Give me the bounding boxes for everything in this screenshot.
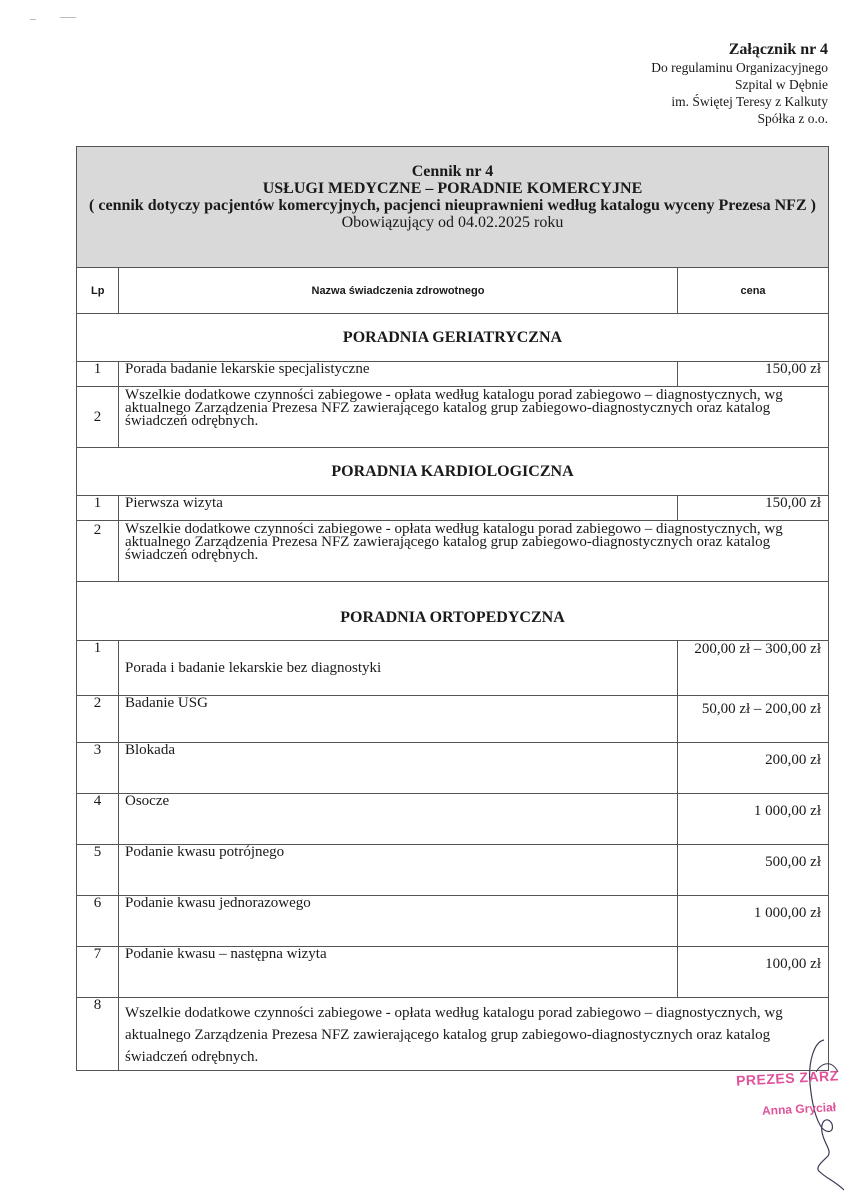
- effective-date: Obowiązujący od 04.02.2025 roku: [77, 214, 828, 231]
- scan-artifact: [30, 17, 80, 19]
- table-row: 8 Wszelkie dodatkowe czynności zabiegowe…: [77, 998, 829, 1071]
- section-title: PORADNIA GERIATRYCZNA: [77, 314, 829, 362]
- table-title: Cennik nr 4 USŁUGI MEDYCZNE – PORADNIE K…: [77, 147, 829, 268]
- row-price: 1 000,00 zł: [678, 794, 829, 845]
- row-name: Wszelkie dodatkowe czynności zabiegowe -…: [119, 998, 829, 1071]
- row-lp: 1: [77, 496, 119, 521]
- table-row: 2 Wszelkie dodatkowe czynności zabiegowe…: [77, 387, 829, 448]
- row-name: Podanie kwasu jednorazowego: [119, 896, 678, 947]
- row-price: 200,00 zł – 300,00 zł: [678, 641, 829, 696]
- row-lp: 8: [77, 998, 119, 1071]
- row-price: 150,00 zł: [678, 496, 829, 521]
- annex-line: im. Świętej Teresy z Kalkuty: [651, 93, 828, 110]
- row-name: Wszelkie dodatkowe czynności zabiegowe -…: [119, 387, 829, 448]
- price-list-subtitle: USŁUGI MEDYCZNE – PORADNIE KOMERCYJNE: [77, 180, 828, 197]
- column-header-price: cena: [678, 268, 829, 314]
- annex-line: Szpital w Dębnie: [651, 76, 828, 93]
- section-title: PORADNIA KARDIOLOGICZNA: [77, 448, 829, 496]
- annex-header: Załącznik nr 4 Do regulaminu Organizacyj…: [651, 40, 828, 127]
- row-name: Osocze: [119, 794, 678, 845]
- table-row: 6 Podanie kwasu jednorazowego 1 000,00 z…: [77, 896, 829, 947]
- table-row: 1 Porada badanie lekarskie specjalistycz…: [77, 362, 829, 387]
- annex-line: Spółka z o.o.: [651, 110, 828, 127]
- row-lp: 2: [77, 696, 119, 743]
- table-row: 2 Wszelkie dodatkowe czynności zabiegowe…: [77, 521, 829, 582]
- row-price: 50,00 zł – 200,00 zł: [678, 696, 829, 743]
- price-list-title: Cennik nr 4: [77, 163, 828, 180]
- table-row: 4 Osocze 1 000,00 zł: [77, 794, 829, 845]
- table-row: 2 Badanie USG 50,00 zł – 200,00 zł: [77, 696, 829, 743]
- row-lp: 5: [77, 845, 119, 896]
- section-header-row: PORADNIA GERIATRYCZNA: [77, 314, 829, 362]
- price-list-table: Cennik nr 4 USŁUGI MEDYCZNE – PORADNIE K…: [76, 146, 829, 1071]
- column-header-lp: Lp: [77, 268, 119, 314]
- row-price: 100,00 zł: [678, 947, 829, 998]
- table-row: 1 Porada i badanie lekarskie bez diagnos…: [77, 641, 829, 696]
- row-lp: 1: [77, 641, 119, 696]
- column-header-row: Lp Nazwa świadczenia zdrowotnego cena: [77, 268, 829, 314]
- row-name: Badanie USG: [119, 696, 678, 743]
- row-name: Podanie kwasu potrójnego: [119, 845, 678, 896]
- table-title-row: Cennik nr 4 USŁUGI MEDYCZNE – PORADNIE K…: [77, 147, 829, 268]
- row-lp: 1: [77, 362, 119, 387]
- row-name: Porada badanie lekarskie specjalistyczne: [119, 362, 678, 387]
- row-lp: 6: [77, 896, 119, 947]
- section-header-row: PORADNIA ORTOPEDYCZNA: [77, 582, 829, 641]
- price-list-note: ( cennik dotyczy pacjentów komercyjnych,…: [77, 197, 828, 214]
- row-lp: 3: [77, 743, 119, 794]
- row-price: 150,00 zł: [678, 362, 829, 387]
- row-name: Podanie kwasu – następna wizyta: [119, 947, 678, 998]
- table-row: 7 Podanie kwasu – następna wizyta 100,00…: [77, 947, 829, 998]
- annex-line: Do regulaminu Organizacyjnego: [651, 59, 828, 76]
- row-name: Porada i badanie lekarskie bez diagnosty…: [119, 641, 678, 696]
- column-header-name: Nazwa świadczenia zdrowotnego: [119, 268, 678, 314]
- table-row: 1 Pierwsza wizyta 150,00 zł: [77, 496, 829, 521]
- row-name: Pierwsza wizyta: [119, 496, 678, 521]
- row-price: 1 000,00 zł: [678, 896, 829, 947]
- table-row: 5 Podanie kwasu potrójnego 500,00 zł: [77, 845, 829, 896]
- annex-title: Załącznik nr 4: [651, 40, 828, 59]
- section-header-row: PORADNIA KARDIOLOGICZNA: [77, 448, 829, 496]
- row-name: Wszelkie dodatkowe czynności zabiegowe -…: [119, 521, 829, 582]
- signature-stamp: PREZES ZARZ Anna Gryciał: [736, 1062, 848, 1192]
- row-price: 200,00 zł: [678, 743, 829, 794]
- row-name: Blokada: [119, 743, 678, 794]
- section-title: PORADNIA ORTOPEDYCZNA: [77, 582, 829, 641]
- row-lp: 4: [77, 794, 119, 845]
- row-lp: 2: [77, 387, 119, 448]
- row-lp: 2: [77, 521, 119, 582]
- row-lp: 7: [77, 947, 119, 998]
- table-row: 3 Blokada 200,00 zł: [77, 743, 829, 794]
- row-price: 500,00 zł: [678, 845, 829, 896]
